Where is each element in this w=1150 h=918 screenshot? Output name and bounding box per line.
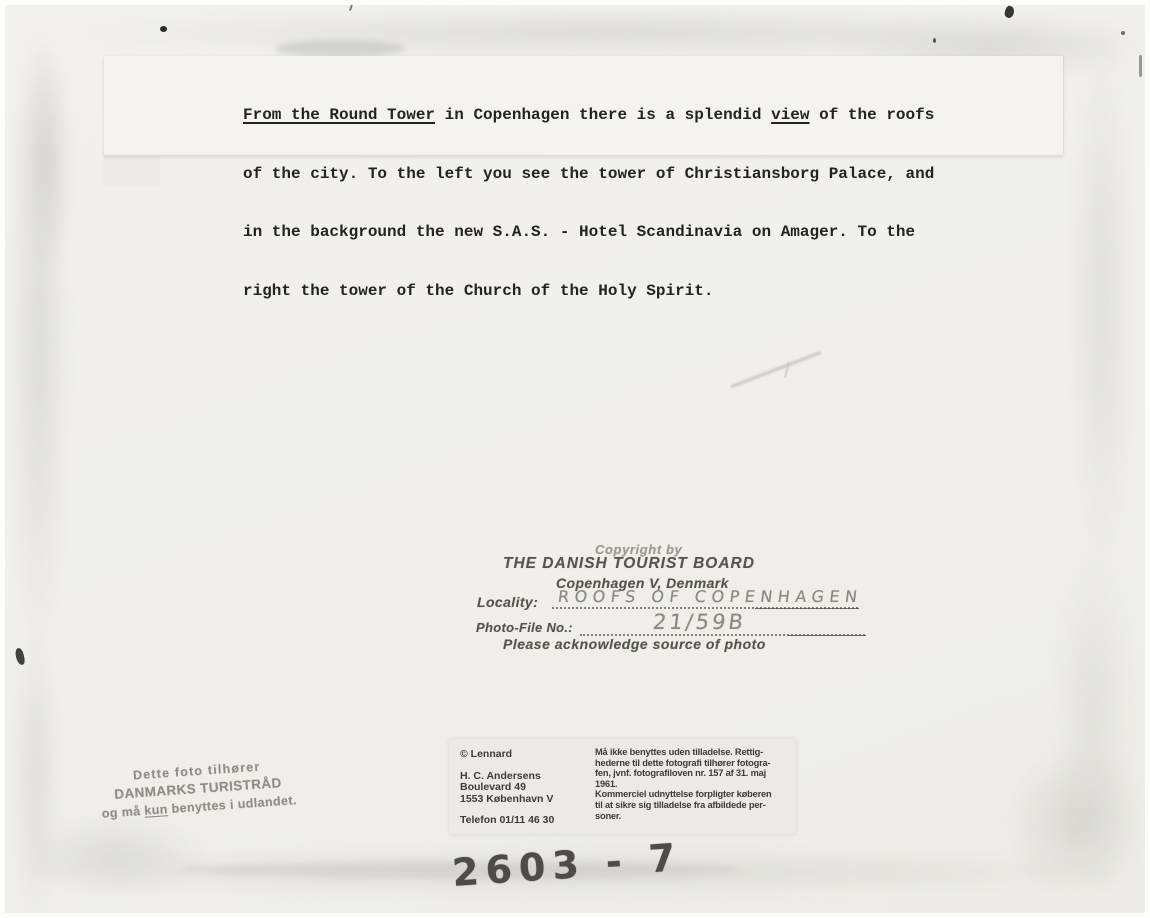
legal-line: 1961. <box>595 779 791 790</box>
legal-line: soner. <box>595 811 791 822</box>
tourist-board-copyright-stamp: Copyright by THE DANISH TOURIST BOARD Co… <box>470 540 890 658</box>
caption-text: From the Round Tower in Copenhagen there… <box>243 67 934 340</box>
photographer-address-line: Boulevard 49 <box>460 782 554 794</box>
stamp-organization: THE DANISH TOURIST BOARD <box>503 555 755 573</box>
stamp-photo-file-label: Photo-File No.: <box>476 620 573 635</box>
photographer-credit: © Lennard <box>460 749 554 761</box>
caption-line-1: From the Round Tower in Copenhagen there… <box>243 106 934 126</box>
stamp-acknowledge-note: Please acknowledge source of photo <box>503 636 766 652</box>
caption-line-2: of the city. To the left you see the tow… <box>243 165 934 185</box>
legal-line: hederne til dette fotografi tilhører fot… <box>595 758 791 769</box>
stamp-locality-label: Locality: <box>477 594 538 610</box>
handwritten-locality: ROOFS OF COPENHAGEN <box>557 587 864 606</box>
photographer-address-line: 1553 København V <box>460 794 554 806</box>
locality-solid-line <box>755 608 859 609</box>
ink-speck <box>1121 31 1125 35</box>
legal-notice-column: Må ikke benyttes uden tilladelse. Rettig… <box>595 747 791 821</box>
ink-speck <box>160 26 167 32</box>
caption-line-4: right the tower of the Church of the Hol… <box>243 282 934 302</box>
caption-underlined-phrase: From the Round Tower <box>243 106 435 124</box>
ink-speck <box>933 38 936 43</box>
photo-file-solid-line <box>788 635 866 636</box>
legal-line: Må ikke benyttes uden tilladelse. Rettig… <box>595 747 791 758</box>
legal-line: til at sikre sig tilladelse fra afbilded… <box>595 800 791 811</box>
caption-underlined-word: view <box>771 106 809 124</box>
legal-line: fen, jvnf. fotografiloven nr. 157 af 31.… <box>595 768 791 779</box>
handwritten-photo-file-number: 21/59B <box>652 610 748 634</box>
caption-line-3: in the background the new S.A.S. - Hotel… <box>243 223 934 243</box>
photo-back-scan: From the Round Tower in Copenhagen there… <box>0 0 1150 918</box>
typed-caption-slip: From the Round Tower in Copenhagen there… <box>104 56 1063 156</box>
ink-speck <box>1139 55 1142 77</box>
legal-line: Kommerciel udnyttelse forpligter køberen <box>595 789 791 800</box>
ownership-underlined-word: kun <box>144 802 168 818</box>
photographer-address-column: © Lennard H. C. Andersens Boulevard 49 1… <box>460 749 554 827</box>
photographer-credit-label: © Lennard H. C. Andersens Boulevard 49 1… <box>449 739 796 834</box>
photographer-phone: Telefon 01/11 46 30 <box>460 815 554 827</box>
